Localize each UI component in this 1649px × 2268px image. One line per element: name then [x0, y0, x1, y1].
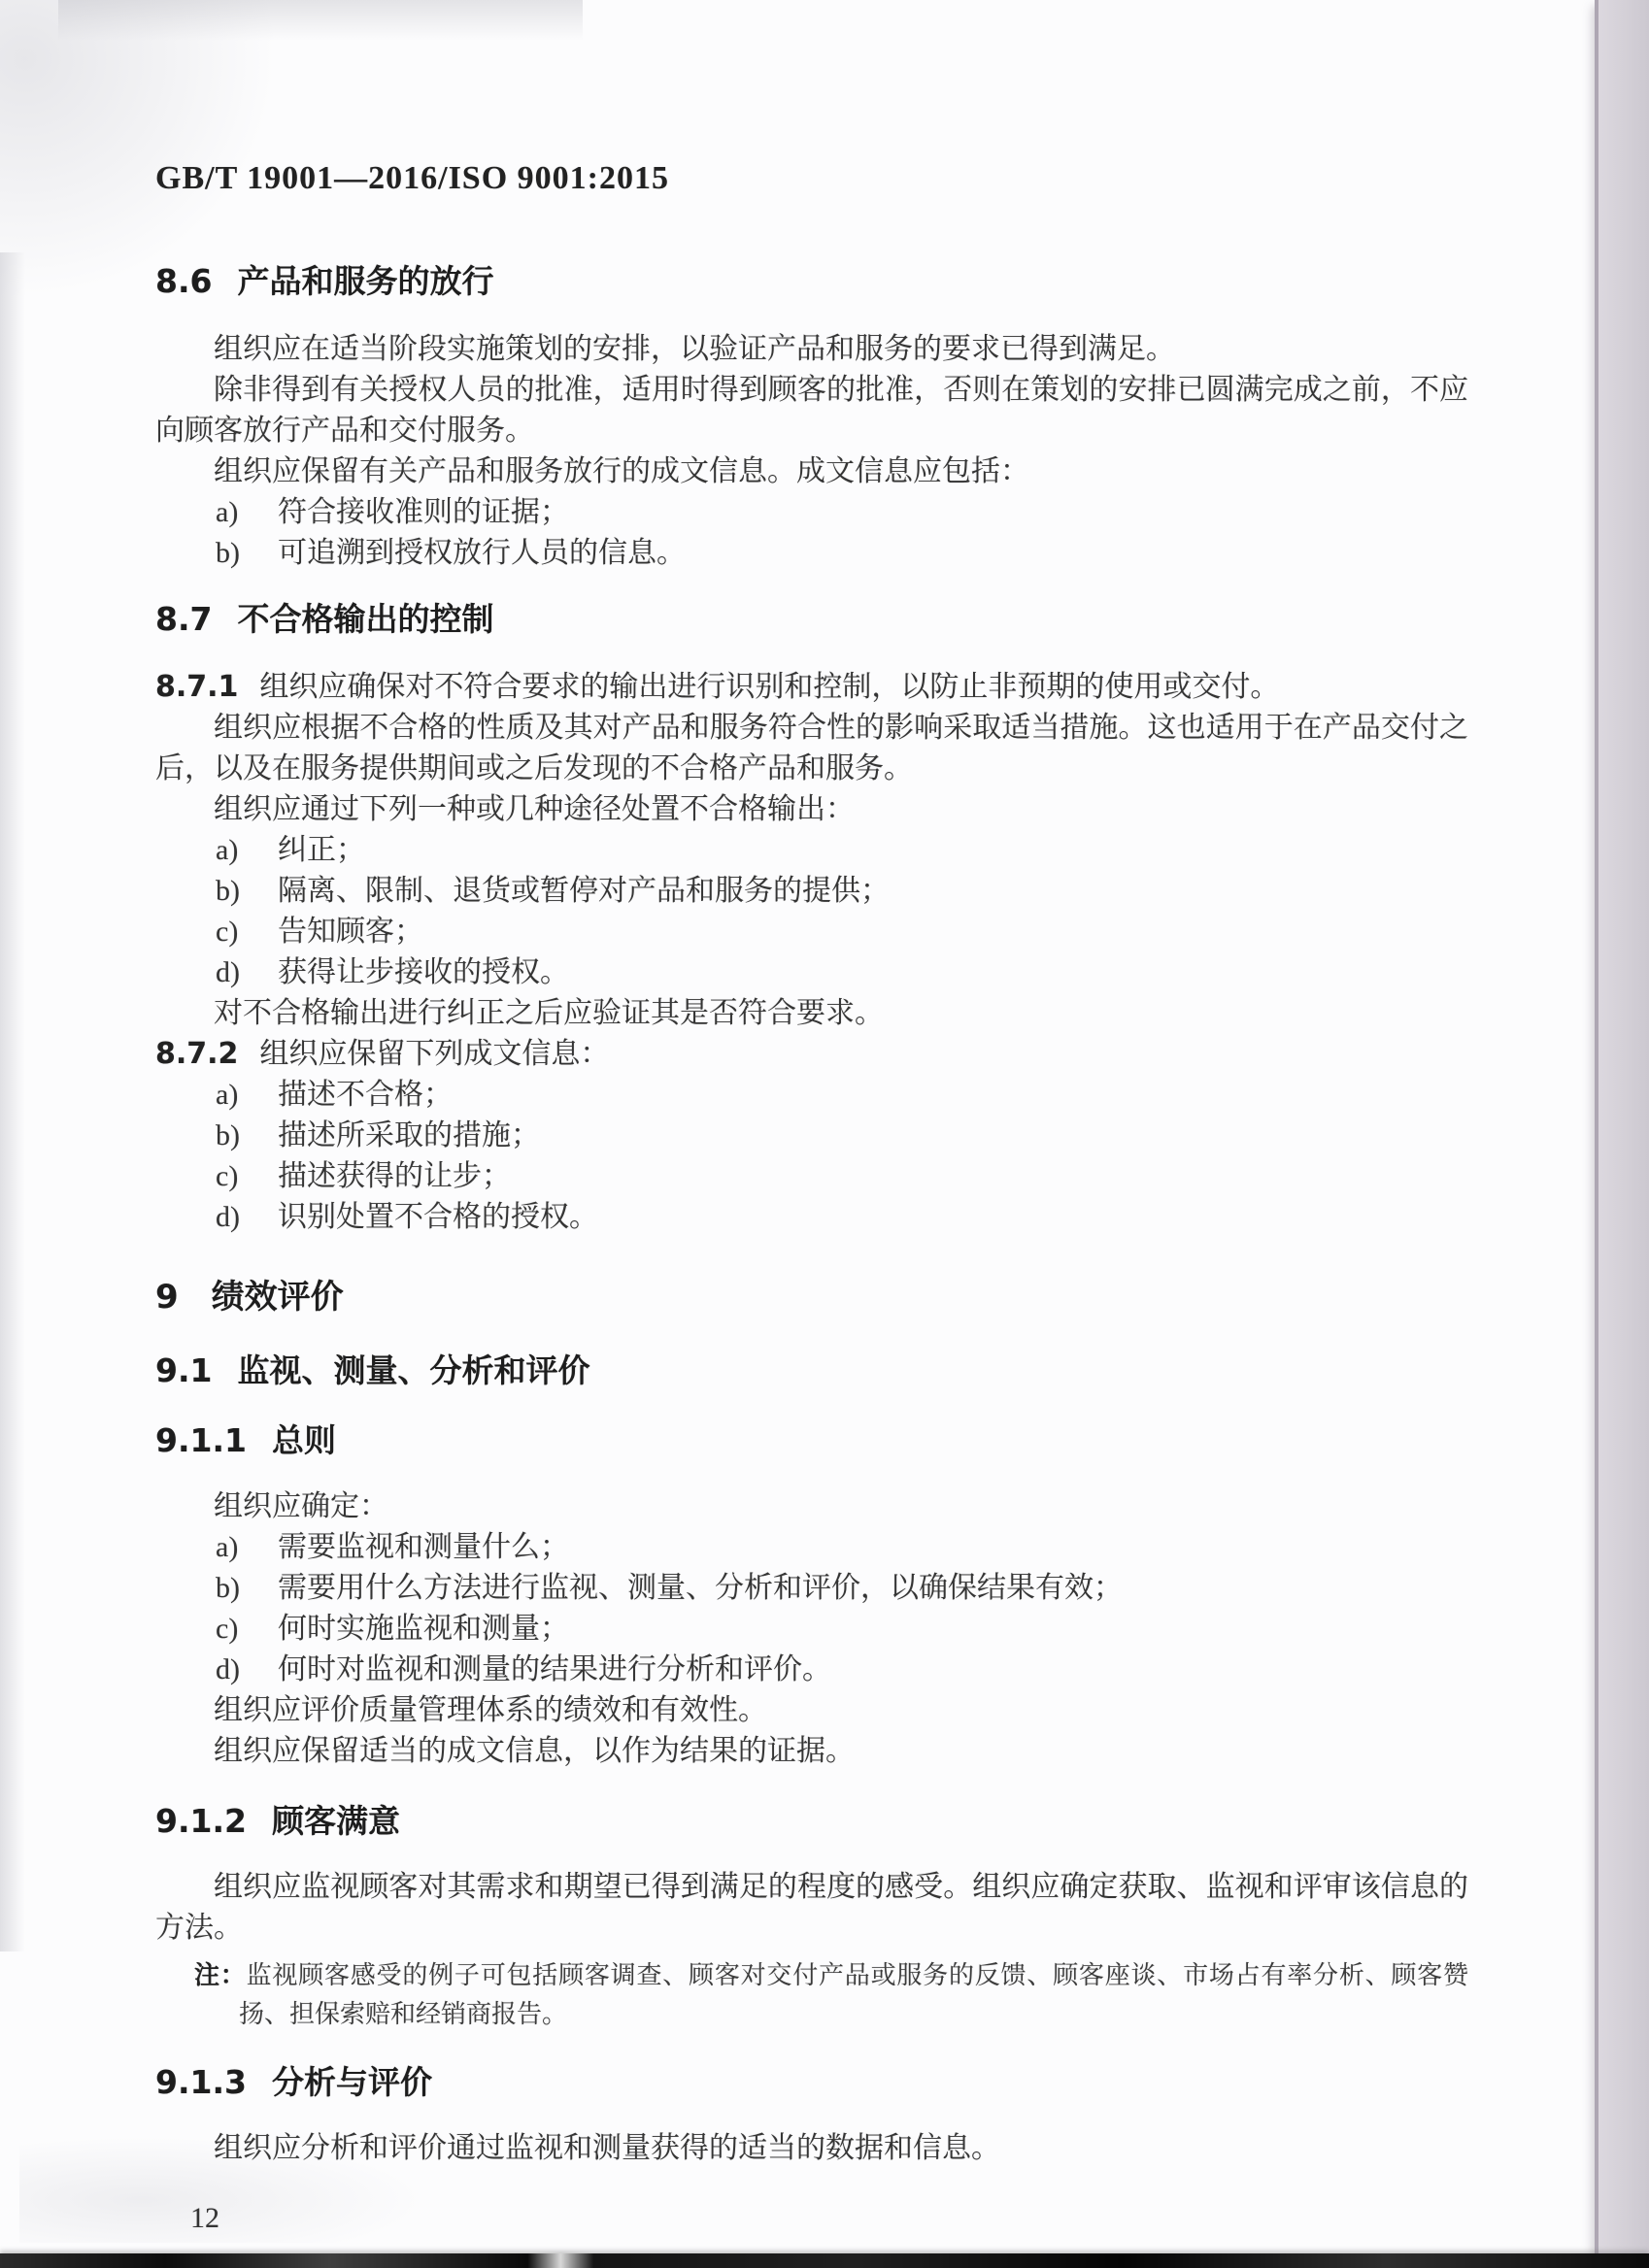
scan-smudge-left-edge	[0, 252, 25, 1951]
list-item-label: c)	[216, 1609, 254, 1650]
section-heading: 9.1.1总则	[155, 1420, 1468, 1461]
clause-text: 组织应保留下列成文信息：	[259, 1038, 609, 1070]
body-paragraph: 对不合格输出进行纠正之后应验证其是否符合要求。	[155, 993, 1468, 1034]
section-heading: 9.1监视、测量、分析和评价	[155, 1351, 1468, 1391]
document-code-header: GB/T 19001—2016/ISO 9001:2015	[155, 160, 1468, 197]
list-item: b)隔离、限制、退货或暂停对产品和服务的提供；	[155, 871, 1468, 912]
list-item-label: b)	[216, 1568, 254, 1609]
list-item-label: c)	[216, 1156, 254, 1197]
list-item-text: 隔离、限制、退货或暂停对产品和服务的提供；	[278, 875, 890, 907]
clause-paragraph: 8.7.1组织应确保对不符合要求的输出进行识别和控制，以防止非预期的使用或交付。	[155, 667, 1468, 708]
list-item-text: 可追溯到授权放行人员的信息。	[278, 537, 686, 569]
body-paragraph: 除非得到有关授权人员的批准，适用时得到顾客的批准，否则在策划的安排已圆满完成之前…	[155, 370, 1468, 451]
heading-number: 9.1.2	[155, 1802, 247, 1840]
paragraph-text: 组织应在适当阶段实施策划的安排，以验证产品和服务的要求已得到满足。	[214, 333, 1175, 365]
list-item: a)符合接收准则的证据；	[155, 492, 1468, 533]
paragraph-text: 组织应保留适当的成文信息，以作为结果的证据。	[214, 1735, 855, 1767]
list-item-text: 识别处置不合格的授权。	[278, 1201, 598, 1233]
list-item-label: d)	[216, 1197, 254, 1238]
scan-smudge-top-bar	[58, 0, 583, 41]
heading-number: 9.1	[155, 1351, 212, 1389]
list-item-text: 获得让步接收的授权。	[278, 956, 569, 988]
list-item: c)告知顾客；	[155, 912, 1468, 952]
list-item: a)纠正；	[155, 830, 1468, 871]
paragraph-text: 除非得到有关授权人员的批准，适用时得到顾客的批准，否则在策划的安排已圆满完成之前…	[155, 374, 1468, 447]
scanned-document-page: GB/T 19001—2016/ISO 9001:2015 8.6产品和服务的放…	[0, 0, 1649, 2268]
list-item-label: b)	[216, 533, 254, 574]
paragraph-text: 组织应通过下列一种或几种途径处置不合格输出：	[214, 793, 855, 825]
list-item-text: 纠正；	[278, 834, 365, 866]
list-item: d)识别处置不合格的授权。	[155, 1197, 1468, 1238]
list-item-label: b)	[216, 871, 254, 912]
page-number: 12	[190, 2202, 1468, 2235]
list-item-label: a)	[216, 1075, 254, 1116]
body-paragraph: 组织应评价质量管理体系的绩效和有效性。	[155, 1690, 1468, 1731]
heading-title: 监视、测量、分析和评价	[237, 1351, 589, 1389]
list-item-text: 符合接收准则的证据；	[278, 496, 569, 528]
list-item-text: 描述所采取的措施；	[278, 1119, 540, 1151]
list-item-label: b)	[216, 1116, 254, 1156]
section-heading: 8.7不合格输出的控制	[155, 599, 1468, 640]
body-paragraph: 组织应通过下列一种或几种途径处置不合格输出：	[155, 789, 1468, 830]
body-paragraph: 组织应根据不合格的性质及其对产品和服务符合性的影响采取适当措施。这也适用于在产品…	[155, 708, 1468, 789]
paragraph-text: 对不合格输出进行纠正之后应验证其是否符合要求。	[214, 997, 884, 1029]
clause-paragraph: 8.7.2组织应保留下列成文信息：	[155, 1034, 1468, 1075]
heading-title: 不合格输出的控制	[237, 600, 493, 638]
document-content: GB/T 19001—2016/ISO 9001:2015 8.6产品和服务的放…	[155, 160, 1468, 2235]
heading-number: 9	[155, 1278, 179, 1317]
paragraph-text: 组织应保留有关产品和服务放行的成文信息。成文信息应包括：	[214, 455, 1029, 487]
section-heading: 8.6产品和服务的放行	[155, 261, 1468, 302]
body-paragraph: 组织应分析和评价通过监视和测量获得的适当的数据和信息。	[155, 2128, 1468, 2169]
list-item: b)可追溯到授权放行人员的信息。	[155, 533, 1468, 574]
paragraph-text: 组织应根据不合格的性质及其对产品和服务符合性的影响采取适当措施。这也适用于在产品…	[155, 712, 1468, 784]
body-paragraph: 组织应在适当阶段实施策划的安排，以验证产品和服务的要求已得到满足。	[155, 329, 1468, 370]
heading-number: 9.1.3	[155, 2063, 247, 2101]
list-item-label: d)	[216, 1650, 254, 1690]
list-item-text: 描述不合格；	[278, 1079, 453, 1111]
heading-number: 8.7	[155, 600, 212, 638]
section-heading: 9.1.3分析与评价	[155, 2062, 1468, 2103]
list-item: c)描述获得的让步；	[155, 1156, 1468, 1197]
list-item: b)需要用什么方法进行监视、测量、分析和评价，以确保结果有效；	[155, 1568, 1468, 1609]
list-item-text: 需要监视和测量什么；	[278, 1531, 569, 1563]
body-paragraph: 组织应保留有关产品和服务放行的成文信息。成文信息应包括：	[155, 451, 1468, 492]
list-item-text: 何时对监视和测量的结果进行分析和评价。	[278, 1653, 831, 1685]
list-item-label: a)	[216, 492, 254, 533]
list-item: d)何时对监视和测量的结果进行分析和评价。	[155, 1650, 1468, 1690]
list-item: d)获得让步接收的授权。	[155, 952, 1468, 993]
list-item-text: 何时实施监视和测量；	[278, 1613, 569, 1645]
list-item: a)描述不合格；	[155, 1075, 1468, 1116]
heading-title: 顾客满意	[272, 1802, 400, 1840]
scan-edge-bottom-bar	[0, 2253, 1649, 2268]
heading-title: 总则	[272, 1421, 336, 1459]
list-item: c)何时实施监视和测量；	[155, 1609, 1468, 1650]
list-item-text: 描述获得的让步；	[278, 1160, 511, 1192]
heading-title: 产品和服务的放行	[237, 262, 493, 300]
list-item-label: c)	[216, 912, 254, 952]
heading-number: 9.1.1	[155, 1421, 247, 1459]
heading-title: 分析与评价	[272, 2063, 432, 2101]
body-paragraph: 组织应保留适当的成文信息，以作为结果的证据。	[155, 1731, 1468, 1772]
list-item-text: 需要用什么方法进行监视、测量、分析和评价，以确保结果有效；	[278, 1572, 1123, 1604]
list-item: a)需要监视和测量什么；	[155, 1527, 1468, 1568]
heading-title: 绩效评价	[212, 1278, 344, 1317]
paragraph-text: 组织应监视顾客对其需求和期望已得到满足的程度的感受。组织应确定获取、监视和评审该…	[155, 1871, 1468, 1944]
paragraph-text: 组织应确定：	[214, 1490, 388, 1522]
clause-number: 8.7.2	[155, 1037, 238, 1071]
heading-number: 8.6	[155, 262, 212, 300]
list-item-label: d)	[216, 952, 254, 993]
section-heading: 9.1.2顾客满意	[155, 1801, 1468, 1842]
clause-text: 组织应确保对不符合要求的输出进行识别和控制，以防止非预期的使用或交付。	[259, 671, 1279, 703]
body-paragraph: 组织应监视顾客对其需求和期望已得到满足的程度的感受。组织应确定获取、监视和评审该…	[155, 1867, 1468, 1949]
body-paragraph: 组织应确定：	[155, 1486, 1468, 1527]
list-item-label: a)	[216, 830, 254, 871]
section-heading: 9绩效评价	[155, 1277, 1468, 1317]
document-body: 8.6产品和服务的放行组织应在适当阶段实施策划的安排，以验证产品和服务的要求已得…	[155, 261, 1468, 2169]
note-paragraph: 注：监视顾客感受的例子可包括顾客调查、顾客对交付产品或服务的反馈、顾客座谈、市场…	[194, 1956, 1468, 2033]
paragraph-text: 组织应评价质量管理体系的绩效和有效性。	[214, 1694, 767, 1726]
clause-number: 8.7.1	[155, 670, 238, 704]
list-item: b)描述所采取的措施；	[155, 1116, 1468, 1156]
note-text: 监视顾客感受的例子可包括顾客调查、顾客对交付产品或服务的反馈、顾客座谈、市场占有…	[239, 1961, 1468, 2028]
scan-edge-right-band	[1595, 0, 1649, 2268]
note-label: 注：	[194, 1961, 247, 1990]
list-item-text: 告知顾客；	[278, 916, 423, 948]
paragraph-text: 组织应分析和评价通过监视和测量获得的适当的数据和信息。	[214, 2132, 1000, 2164]
list-item-label: a)	[216, 1527, 254, 1568]
